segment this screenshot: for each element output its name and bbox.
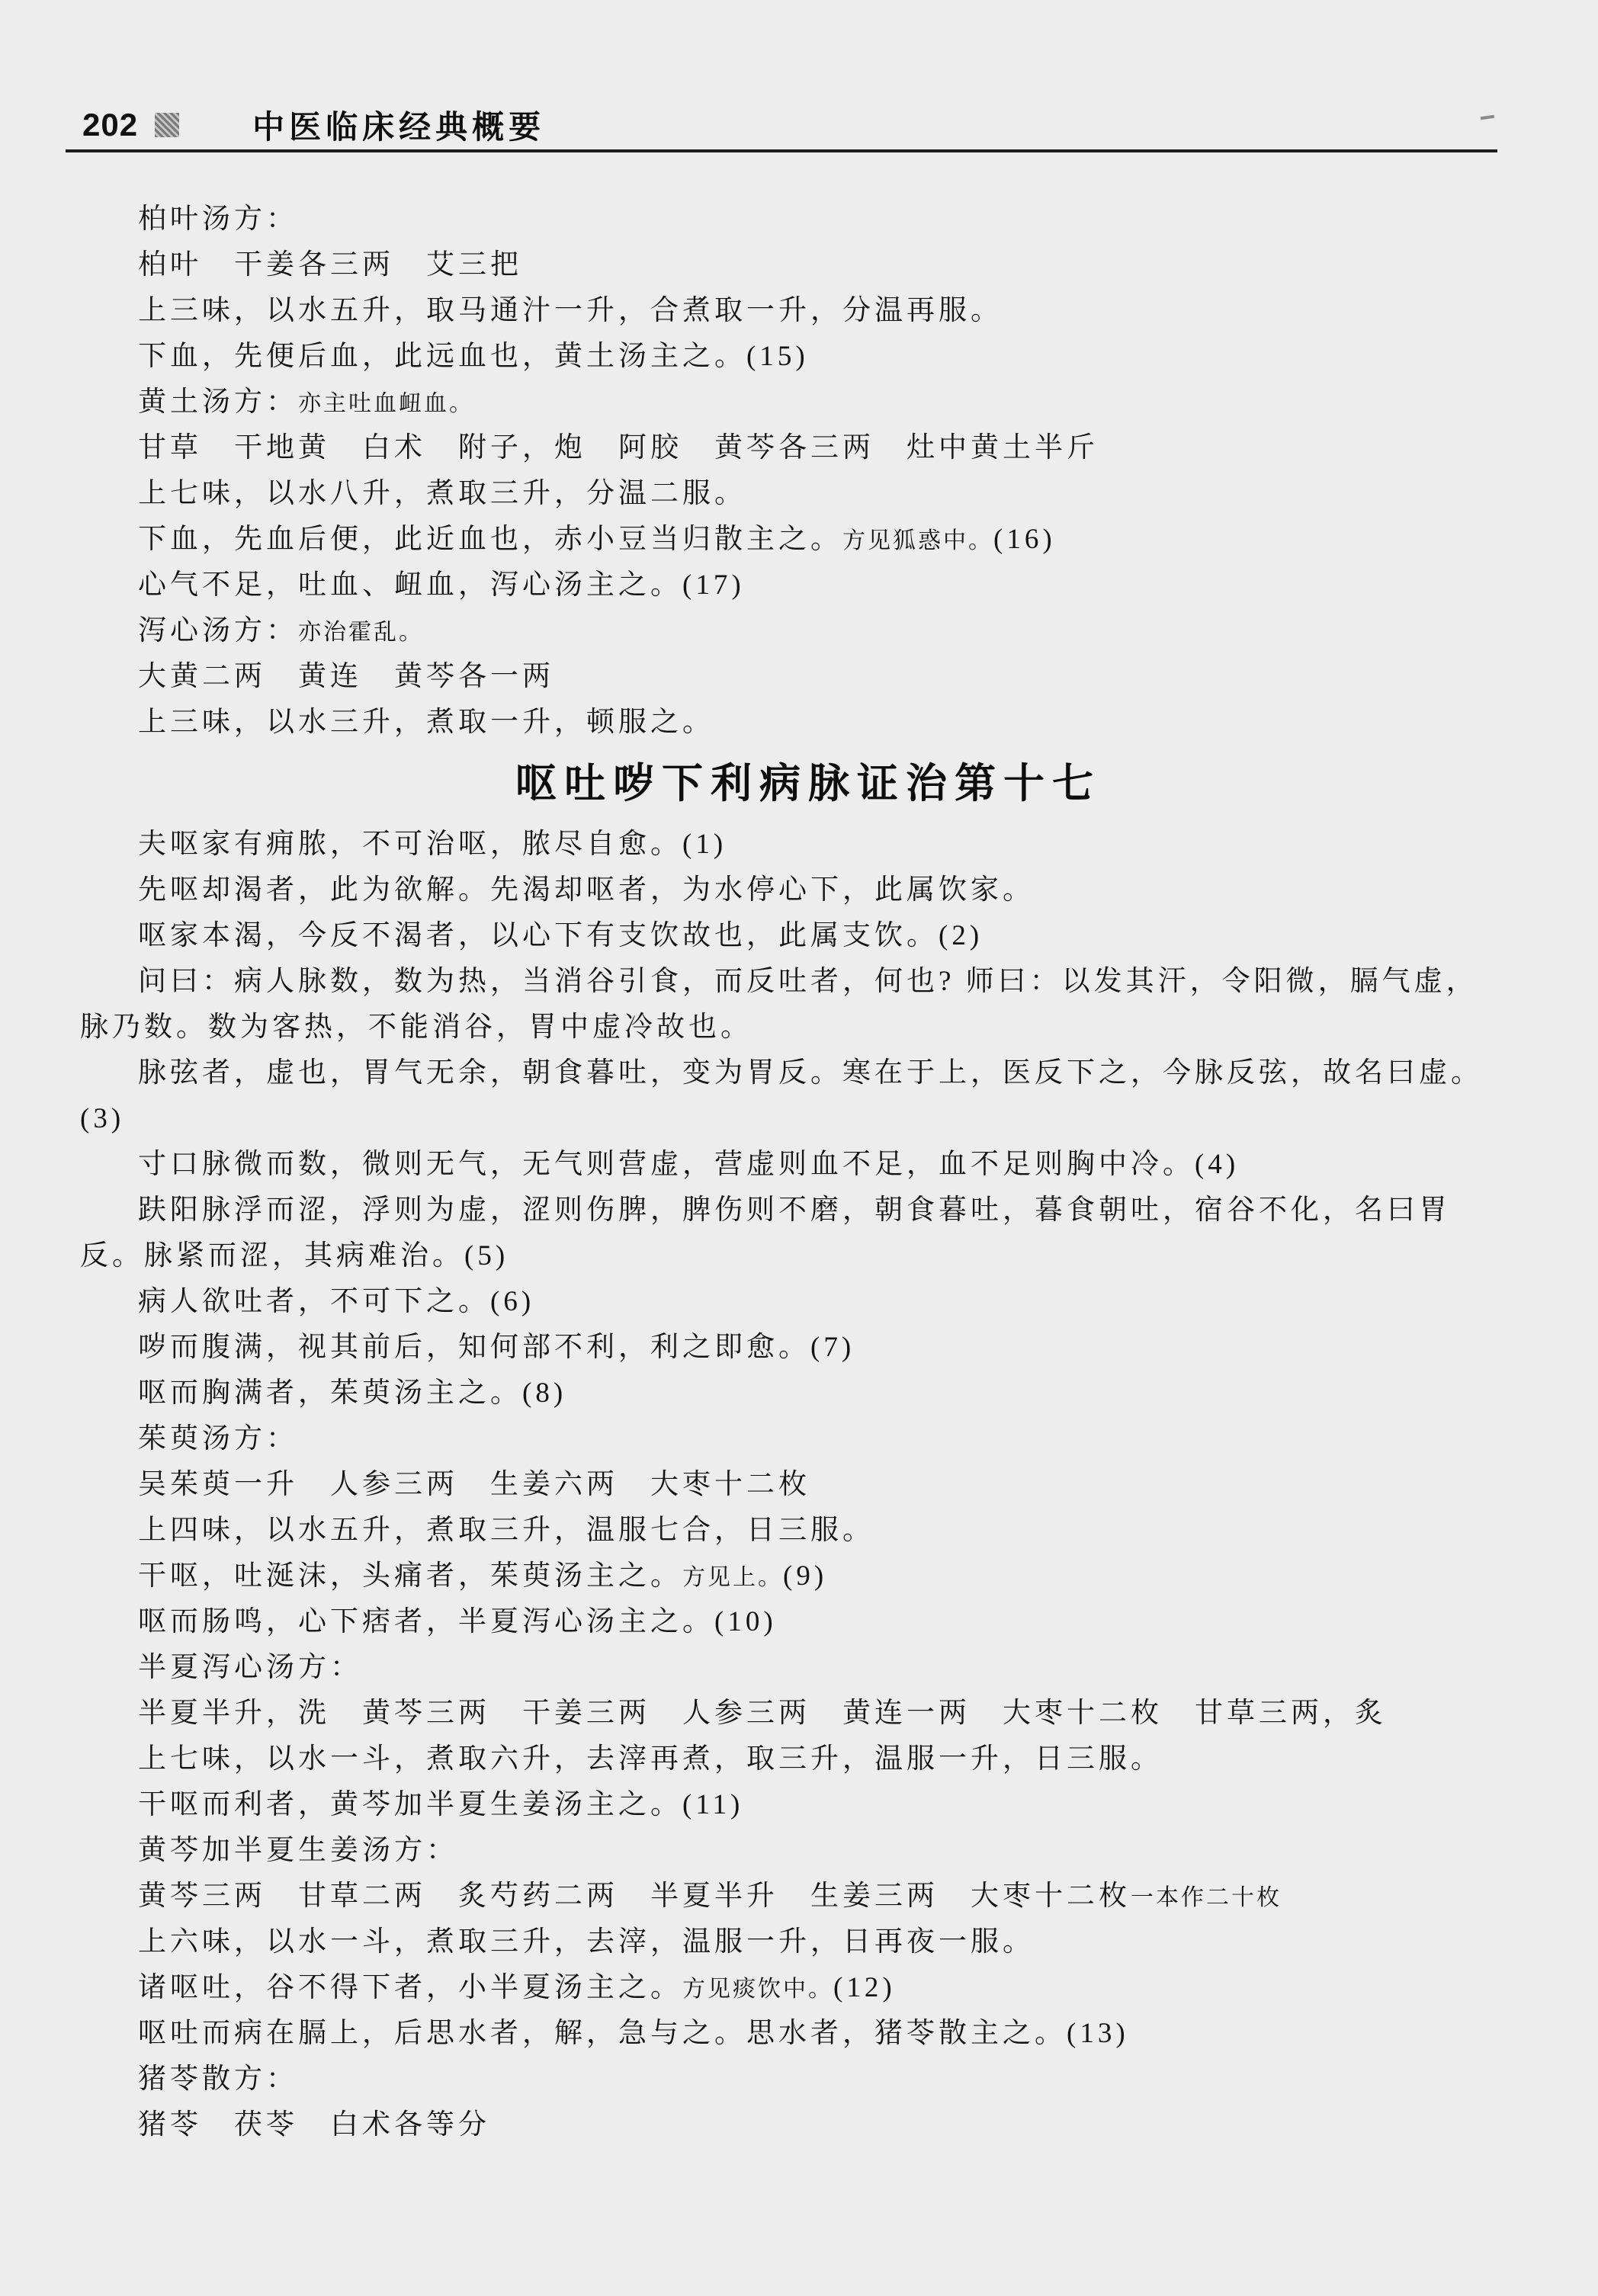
text-segment: 反。脉紧而涩，其病难治。(5) xyxy=(80,1240,509,1271)
text-segment: 上三味，以水三升，煮取一升，顿服之。 xyxy=(138,707,714,738)
text-segment: 下血，先便后血，此远血也，黄土汤主之。(15) xyxy=(138,341,809,372)
text-segment: 呕吐而病在膈上，后思水者，解，急与之。思水者，猪苓散主之。(13) xyxy=(138,2018,1129,2049)
text-segment: (3) xyxy=(80,1103,124,1134)
text-line: 吴茱萸一升 人参三两 生姜六两 大枣十二枚 xyxy=(80,1462,1536,1508)
text-line: 病人欲吐者，不可下之。(6) xyxy=(80,1279,1536,1325)
text-segment: 吴茱萸一升 人参三两 生姜六两 大枣十二枚 xyxy=(138,1469,810,1500)
inline-annotation: 方见痰饮中。 xyxy=(682,1977,833,2002)
text-line: 下血，先便后血，此远血也，黄土汤主之。(15) xyxy=(80,334,1536,380)
text-segment: 上七味，以水一斗，煮取六升，去滓再煮，取三升，温服一升，日三服。 xyxy=(138,1743,1163,1775)
text-line: 茱萸汤方： xyxy=(80,1416,1536,1462)
text-segment: (12) xyxy=(833,1972,896,2003)
text-segment: 诸呕吐，谷不得下者，小半夏汤主之。 xyxy=(138,1972,682,2003)
text-line: 诸呕吐，谷不得下者，小半夏汤主之。方见痰饮中。(12) xyxy=(80,1965,1536,2011)
text-segment: 上六味，以水一斗，煮取三升，去滓，温服一升，日再夜一服。 xyxy=(138,1926,1035,1958)
text-segment: 猪苓散方： xyxy=(138,2064,298,2095)
text-segment: 泻心汤方： xyxy=(138,615,298,646)
text-line: 黄芩三两 甘草二两 炙芍药二两 半夏半升 生姜三两 大枣十二枚一本作二十枚 xyxy=(80,1874,1536,1919)
text-line: 呕而胸满者，茱萸汤主之。(8) xyxy=(80,1371,1536,1416)
text-segment: 心气不足，吐血、衄血，泻心汤主之。(17) xyxy=(138,569,745,601)
text-segment: 脉弦者，虚也，胃气无余，朝食暮吐，变为胃反。寒在于上，医反下之，今脉反弦，故名曰… xyxy=(138,1057,1483,1089)
text-line: 夫呕家有痈脓，不可治呕，脓尽自愈。(1) xyxy=(80,822,1536,867)
text-line: 寸口脉微而数，微则无气，无气则营虚，营虚则血不足，血不足则胸中冷。(4) xyxy=(80,1142,1536,1188)
running-head: 202 中医临床经典概要 xyxy=(82,104,545,146)
text-segment: 问曰：病人脉数，数为热，当消谷引食，而反吐者，何也? 师曰：以发其汗，令阳微，膈… xyxy=(138,966,1478,997)
header-rule xyxy=(66,149,1497,152)
text-line: 干呕，吐涎沫，头痛者，茱萸汤主之。方见上。(9) xyxy=(80,1554,1536,1599)
text-line: 黄芩加半夏生姜汤方： xyxy=(80,1828,1536,1874)
text-line: 呕吐而病在膈上，后思水者，解，急与之。思水者，猪苓散主之。(13) xyxy=(80,2011,1536,2057)
text-segment: 大黄二两 黄连 黄芩各一两 xyxy=(138,661,554,692)
inline-annotation: 方见上。 xyxy=(682,1565,783,1590)
text-segment: 脉乃数。数为客热，不能消谷，胃中虚冷故也。 xyxy=(80,1012,752,1043)
text-segment: 夫呕家有痈脓，不可治呕，脓尽自愈。(1) xyxy=(138,829,727,860)
text-line: 猪苓散方： xyxy=(80,2057,1536,2102)
text-line: 黄土汤方：亦主吐血衄血。 xyxy=(80,380,1536,425)
text-line: 脉弦者，虚也，胃气无余，朝食暮吐，变为胃反。寒在于上，医反下之，今脉反弦，故名曰… xyxy=(80,1050,1536,1096)
book-page: 202 中医临床经典概要 柏叶汤方：柏叶 干姜各三两 艾三把上三味，以水五升，取… xyxy=(0,0,1598,2296)
text-segment: 呕家本渴，今反不渴者，以心下有支饮故也，此属支饮。(2) xyxy=(138,920,983,951)
text-segment: 先呕却渴者，此为欲解。先渴却呕者，为水停心下，此属饮家。 xyxy=(138,874,1035,906)
text-line: 柏叶汤方： xyxy=(80,197,1536,242)
text-segment: 呕吐哕下利病脉证治第十七 xyxy=(515,761,1101,806)
text-line: (3) xyxy=(80,1096,1536,1142)
text-line: 半夏半升，洗 黄芩三两 干姜三两 人参三两 黄连一两 大枣十二枚 甘草三两，炙 xyxy=(80,1691,1536,1736)
text-line: 呕而肠鸣，心下痞者，半夏泻心汤主之。(10) xyxy=(80,1599,1536,1645)
text-line: 呕家本渴，今反不渴者，以心下有支饮故也，此属支饮。(2) xyxy=(80,913,1536,959)
text-segment: 黄芩加半夏生姜汤方： xyxy=(138,1835,458,1866)
text-line: 上七味，以水八升，煮取三升，分温二服。 xyxy=(80,471,1536,517)
text-segment: 寸口脉微而数，微则无气，无气则营虚，营虚则血不足，血不足则胸中冷。(4) xyxy=(138,1149,1239,1180)
text-line: 问曰：病人脉数，数为热，当消谷引食，而反吐者，何也? 师曰：以发其汗，令阳微，膈… xyxy=(80,959,1536,1005)
text-segment: 上三味，以水五升，取马通汁一升，合煮取一升，分温再服。 xyxy=(138,295,1003,326)
header-square-icon xyxy=(155,113,179,137)
inline-annotation: 亦治霍乱。 xyxy=(298,620,424,645)
text-line: 猪苓 茯苓 白术各等分 xyxy=(80,2102,1536,2148)
text-line: 大黄二两 黄连 黄芩各一两 xyxy=(80,654,1536,700)
text-segment: 半夏半升，洗 黄芩三两 干姜三两 人参三两 黄连一两 大枣十二枚 甘草三两，炙 xyxy=(138,1698,1387,1729)
text-line: 哕而腹满，视其前后，知何部不利，利之即愈。(7) xyxy=(80,1325,1536,1371)
inline-annotation: 亦主吐血衄血。 xyxy=(298,391,474,416)
text-segment: 上七味，以水八升，煮取三升，分温二服。 xyxy=(138,478,746,509)
text-segment: (16) xyxy=(993,524,1056,555)
text-segment: 甘草 干地黄 白术 附子，炮 阿胶 黄芩各三两 灶中黄土半斤 xyxy=(138,432,1099,463)
text-segment: 哕而腹满，视其前后，知何部不利，利之即愈。(7) xyxy=(138,1332,855,1363)
text-segment: (9) xyxy=(783,1560,827,1592)
text-segment: 柏叶汤方： xyxy=(138,204,298,235)
chapter-heading: 呕吐哕下利病脉证治第十七 xyxy=(80,746,1536,822)
text-segment: 趺阳脉浮而涩，浮则为虚，涩则伤脾，脾伤则不磨，朝食暮吐，暮食朝吐，宿谷不化，名曰… xyxy=(138,1194,1451,1226)
text-segment: 黄芩三两 甘草二两 炙芍药二两 半夏半升 生姜三两 大枣十二枚 xyxy=(138,1881,1131,1912)
text-segment: 干呕，吐涎沫，头痛者，茱萸汤主之。 xyxy=(138,1560,682,1592)
text-line: 脉乃数。数为客热，不能消谷，胃中虚冷故也。 xyxy=(80,1005,1536,1050)
text-line: 干呕而利者，黄芩加半夏生姜汤主之。(11) xyxy=(80,1782,1536,1828)
text-line: 心气不足，吐血、衄血，泻心汤主之。(17) xyxy=(80,563,1536,608)
text-line: 半夏泻心汤方： xyxy=(80,1645,1536,1691)
text-line: 趺阳脉浮而涩，浮则为虚，涩则伤脾，脾伤则不磨，朝食暮吐，暮食朝吐，宿谷不化，名曰… xyxy=(80,1188,1536,1233)
text-segment: 呕而肠鸣，心下痞者，半夏泻心汤主之。(10) xyxy=(138,1606,777,1637)
text-line: 柏叶 干姜各三两 艾三把 xyxy=(80,242,1536,288)
text-line: 上七味，以水一斗，煮取六升，去滓再煮，取三升，温服一升，日三服。 xyxy=(80,1736,1536,1782)
text-segment: 猪苓 茯苓 白术各等分 xyxy=(138,2109,490,2140)
text-segment: 病人欲吐者，不可下之。(6) xyxy=(138,1286,534,1317)
book-title: 中医临床经典概要 xyxy=(252,102,545,148)
text-line: 上三味，以水五升，取马通汁一升，合煮取一升，分温再服。 xyxy=(80,288,1536,334)
text-line: 上三味，以水三升，煮取一升，顿服之。 xyxy=(80,700,1536,746)
text-line: 甘草 干地黄 白术 附子，炮 阿胶 黄芩各三两 灶中黄土半斤 xyxy=(80,425,1536,471)
text-segment: 黄土汤方： xyxy=(138,386,298,418)
text-segment: 干呕而利者，黄芩加半夏生姜汤主之。(11) xyxy=(138,1789,743,1820)
page-body: 柏叶汤方：柏叶 干姜各三两 艾三把上三味，以水五升，取马通汁一升，合煮取一升，分… xyxy=(80,197,1536,2148)
text-segment: 上四味，以水五升，煮取三升，温服七合，日三服。 xyxy=(138,1515,874,1546)
text-line: 先呕却渴者，此为欲解。先渴却呕者，为水停心下，此属饮家。 xyxy=(80,867,1536,913)
text-segment: 柏叶 干姜各三两 艾三把 xyxy=(138,249,522,281)
text-line: 下血，先血后便，此近血也，赤小豆当归散主之。方见狐惑中。(16) xyxy=(80,517,1536,563)
text-segment: 呕而胸满者，茱萸汤主之。(8) xyxy=(138,1377,566,1409)
text-segment: 下血，先血后便，此近血也，赤小豆当归散主之。 xyxy=(138,524,842,555)
text-line: 上四味，以水五升，煮取三升，温服七合，日三服。 xyxy=(80,1508,1536,1554)
inline-annotation: 一本作二十枚 xyxy=(1131,1885,1282,1910)
text-segment: 半夏泻心汤方： xyxy=(138,1652,362,1683)
text-line: 上六味，以水一斗，煮取三升，去滓，温服一升，日再夜一服。 xyxy=(80,1919,1536,1965)
scan-artifact xyxy=(1481,115,1494,120)
text-segment: 茱萸汤方： xyxy=(138,1423,298,1454)
text-line: 泻心汤方：亦治霍乱。 xyxy=(80,608,1536,654)
page-number: 202 xyxy=(82,107,138,143)
inline-annotation: 方见狐惑中。 xyxy=(842,528,993,553)
text-line: 反。脉紧而涩，其病难治。(5) xyxy=(80,1233,1536,1279)
